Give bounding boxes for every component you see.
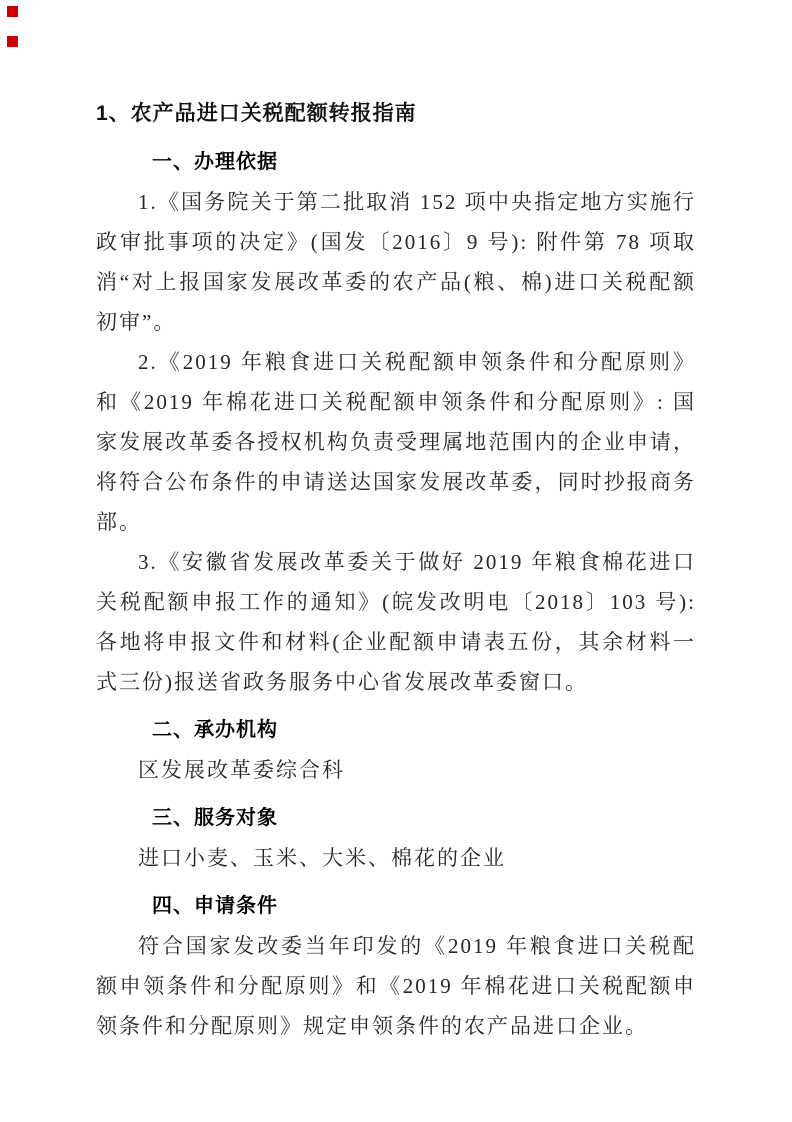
section-handling-basis-heading: 一、办理依据: [96, 142, 696, 182]
paragraph-application-conditions: 符合国家发改委当年印发的《2019 年粮食进口关税配额申领条件和分配原则》和《2…: [96, 926, 696, 1046]
section-handling-basis: 一、办理依据 1.《国务院关于第二批取消 152 项中央指定地方实施行政审批事项…: [96, 142, 696, 702]
red-mark-2: [7, 36, 18, 47]
paragraph-basis-2: 2.《2019 年粮食进口关税配额申领条件和分配原则》和《2019 年棉花进口关…: [96, 342, 696, 542]
section-application-conditions: 四、申请条件 符合国家发改委当年印发的《2019 年粮食进口关税配额申领条件和分…: [96, 886, 696, 1046]
paragraph-agency: 区发展改革委综合科: [96, 750, 696, 790]
paragraph-basis-1: 1.《国务院关于第二批取消 152 项中央指定地方实施行政审批事项的决定》(国发…: [96, 182, 696, 342]
paragraph-basis-3: 3.《安徽省发展改革委关于做好 2019 年粮食棉花进口关税配额申报工作的通知》…: [96, 542, 696, 702]
section-application-conditions-heading: 四、申请条件: [96, 886, 696, 926]
section-undertaking-agency-heading: 二、承办机构: [96, 710, 696, 750]
section-service-target: 三、服务对象 进口小麦、玉米、大米、棉花的企业: [96, 798, 696, 878]
document-title: 1、农产品进口关税配额转报指南: [96, 94, 696, 134]
red-mark-1: [7, 6, 18, 17]
document-page: 1、农产品进口关税配额转报指南 一、办理依据 1.《国务院关于第二批取消 152…: [0, 0, 792, 1122]
document-content: 1、农产品进口关税配额转报指南 一、办理依据 1.《国务院关于第二批取消 152…: [0, 0, 792, 1046]
paragraph-service-target: 进口小麦、玉米、大米、棉花的企业: [96, 838, 696, 878]
section-service-target-heading: 三、服务对象: [96, 798, 696, 838]
section-undertaking-agency: 二、承办机构 区发展改革委综合科: [96, 710, 696, 790]
